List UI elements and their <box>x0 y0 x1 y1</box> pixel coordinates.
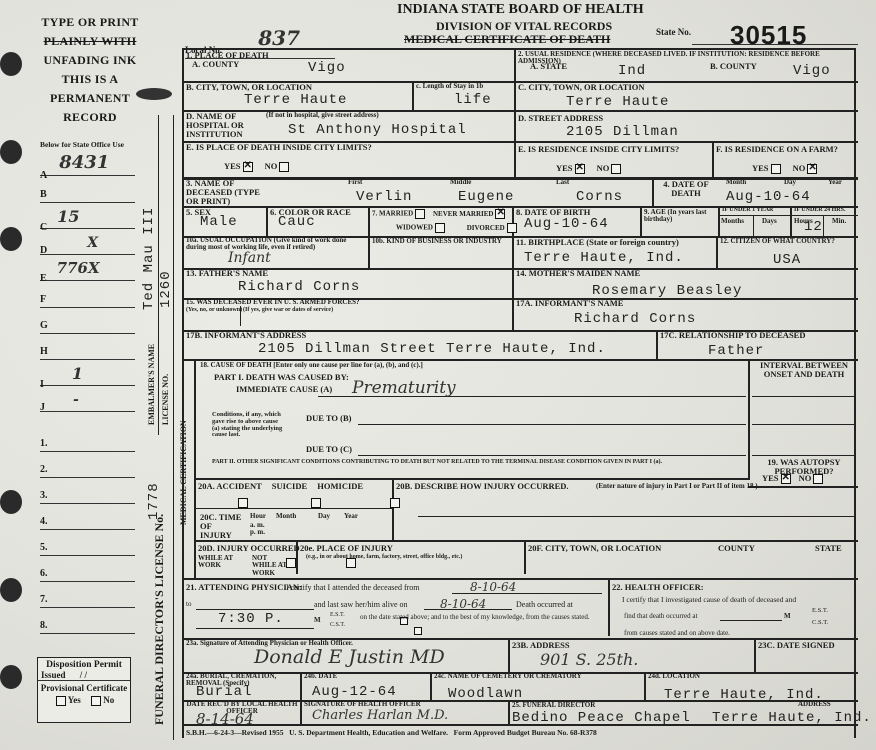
ampm-label: a. m. p. m. <box>250 522 270 537</box>
death-city-limits-label: e. IS PLACE OF DEATH INSIDE CITY LIMITS? <box>186 143 372 152</box>
suicide-label: SUICIDE <box>272 481 307 491</box>
disposition-title: Disposition Permit <box>38 660 130 670</box>
license-label: LICENSE No. <box>162 374 170 425</box>
residence-city-limits-yes-checkbox[interactable] <box>575 164 585 174</box>
county-label: a. COUNTY <box>192 60 239 69</box>
part1-label: PART I. DEATH WAS CAUSED BY: <box>214 373 349 382</box>
attended-from-value: 8-10-64 <box>470 580 516 594</box>
residence-city-limits-options: YES NO <box>556 164 621 174</box>
never-married-checkbox[interactable] <box>495 209 505 219</box>
no-label: NO <box>597 163 610 173</box>
provisional-label: Provisional Certificate <box>38 683 130 694</box>
state-no-value: 30515 <box>730 20 807 51</box>
divider <box>752 424 856 425</box>
time-of-injury-label: 20c. TIME OF INJURY <box>200 513 244 540</box>
yes-label: YES <box>752 163 769 173</box>
health-officer-text1: I certify that I investigated cause of d… <box>622 596 796 604</box>
divider <box>712 141 714 178</box>
length-of-stay-label: c. Length of Stay in 1b <box>416 83 483 90</box>
hospital-hint: (If not in hospital, give street address… <box>266 112 379 119</box>
conditions-label: Conditions, if any, which gave rise to a… <box>212 412 284 439</box>
divider <box>194 540 858 542</box>
divider <box>182 578 858 580</box>
age-label: 9. AGE (In years last birthday) <box>644 209 716 224</box>
date-of-death-value: Aug-10-64 <box>726 189 811 205</box>
divider <box>430 672 432 700</box>
divider <box>194 359 196 579</box>
state-office-num-row: 2. <box>40 464 135 478</box>
while-at-work-label: WHILE AT WORK <box>198 555 242 570</box>
residence-state-value: Ind <box>618 63 646 79</box>
punch-hole <box>0 140 22 164</box>
place-of-injury-hint: (e.g., in or about home, farm, factory, … <box>306 554 520 560</box>
punch-hole <box>0 52 22 76</box>
injury-day-label: Day <box>318 513 330 520</box>
last-name-label: Last <box>556 179 569 186</box>
residence-county-label: b. COUNTY <box>710 62 757 71</box>
divider <box>752 455 856 456</box>
divider <box>754 638 756 672</box>
embalmer-label: EMBALMER'S NAME <box>148 344 156 425</box>
divorced-checkbox[interactable] <box>507 223 517 233</box>
embalmer-name: Ted Mau III <box>141 207 157 310</box>
part2-label: PART II. OTHER SIGNIFICANT CONDITIONS CO… <box>212 459 662 465</box>
state-office-row-b: B <box>40 189 135 203</box>
marital-row-1: 7. MARRIED NEVER MARRIED <box>372 209 505 219</box>
divider <box>300 672 302 724</box>
widowed-checkbox[interactable] <box>435 223 445 233</box>
state-office-num-row: 5. <box>40 542 135 556</box>
homicide-label: HOMICIDE <box>317 481 363 491</box>
street-address-value: 2105 Dillman <box>566 124 679 140</box>
farm-yes-checkbox[interactable] <box>771 164 781 174</box>
min-label: Min. <box>832 218 846 225</box>
funeral-license-no: 1778 <box>146 482 162 520</box>
armed-forces-hint-1: (Yes, no, or unknown) <box>186 307 242 313</box>
date-signed-label: 23c. DATE SIGNED <box>758 641 835 650</box>
divider <box>182 724 858 726</box>
informant-address-value: 2105 Dillman Street Terre Haute, Ind. <box>258 341 606 357</box>
yes-label: Yes <box>68 695 81 705</box>
describe-injury-label: 20b. DESCRIBE HOW INJURY OCCURRED. <box>396 482 569 491</box>
citizen-label: 12. CITIZEN OF WHAT COUNTRY? <box>720 238 835 245</box>
last-saw-value: 8-10-64 <box>440 597 486 611</box>
accident-label: 20a. ACCIDENT <box>198 481 262 491</box>
injury-type-labels: 20a. ACCIDENT SUICIDE HOMICIDE <box>198 482 363 491</box>
to-label: to <box>186 601 191 608</box>
embalmer-license: 1260 <box>158 270 174 308</box>
state-office-row-d: DX <box>40 241 135 255</box>
instruction-line: UNFADING INK <box>40 53 140 68</box>
state-no-label: State No. <box>656 28 691 37</box>
injury-city-label: 20f. CITY, TOWN, OR LOCATION <box>528 544 661 553</box>
under-1-year-label: IF UNDER 1 YEAR <box>722 207 773 213</box>
homicide-checkbox[interactable] <box>390 498 400 508</box>
union-label-icon <box>136 88 172 100</box>
death-city-limits-yes-checkbox[interactable] <box>243 162 253 172</box>
occupation-value: Infant <box>228 250 271 266</box>
divider <box>194 508 392 509</box>
divider <box>368 236 370 268</box>
mother-label: 14. MOTHER'S MAIDEN NAME <box>516 269 640 278</box>
injury-year-label: Year <box>344 513 358 520</box>
death-city-value: Terre Haute <box>244 92 347 108</box>
last-name-value: Corns <box>576 189 623 205</box>
divider <box>266 206 268 236</box>
divider <box>524 540 526 574</box>
no-label: NO <box>799 473 812 483</box>
divider <box>752 396 856 397</box>
physician-cst-checkbox[interactable] <box>414 627 422 635</box>
burial-value: Burial <box>196 684 252 700</box>
punch-hole <box>0 227 22 251</box>
divider <box>656 330 658 359</box>
divider <box>790 206 792 236</box>
relationship-label: 17c. RELATIONSHIP TO DECEASED <box>660 331 805 340</box>
residence-city-value: Terre Haute <box>566 94 669 110</box>
farm-label: f. IS RESIDENCE ON A FARM? <box>716 145 838 154</box>
mother-value: Rosemary Beasley <box>592 283 742 299</box>
funeral-license-label: FUNERAL DIRECTOR'S LICENSE No. <box>152 514 167 725</box>
under-24-hrs-label: IF UNDER 24 HRS. <box>794 207 845 213</box>
divider <box>173 115 174 740</box>
form-footer: S.B.H.—6-24-3—Revised 1955 U. S. Departm… <box>186 728 597 737</box>
divider <box>718 215 858 216</box>
armed-forces-hint-2: (If yes, give war or dates of service) <box>243 307 333 313</box>
issued-value: / / <box>80 670 87 680</box>
citizen-value: USA <box>773 252 801 268</box>
instruction-line: TYPE OR PRINT <box>40 15 140 30</box>
street-address-label: d. STREET ADDRESS <box>518 114 603 123</box>
yes-label: YES <box>556 163 573 173</box>
funeral-director-label: 25. FUNERAL DIRECTOR <box>512 702 595 709</box>
autopsy-no-checkbox[interactable] <box>813 474 823 484</box>
issued-label: Issued <box>41 670 66 680</box>
injury-month-label: Month <box>276 513 296 520</box>
describe-injury-hint: (Enter nature of injury in Part I or Par… <box>596 483 758 490</box>
funeral-address-label: ADDRESS <box>798 701 831 708</box>
divider <box>418 516 856 517</box>
length-of-stay-value: life <box>454 92 492 108</box>
death-county-value: Vigo <box>308 60 346 76</box>
instruction-line: PLAINLY WITH <box>40 34 140 49</box>
state-office-row-g: G <box>40 320 135 334</box>
place-of-injury-label: 20e. PLACE OF INJURY <box>300 544 393 553</box>
instruction-line: PERMANENT <box>40 91 140 106</box>
death-city-limits-no-checkbox[interactable] <box>279 162 289 172</box>
no-label: NO <box>265 161 278 171</box>
divider <box>358 455 746 456</box>
death-certificate: TYPE OR PRINT PLAINLY WITH UNFADING INK … <box>0 0 876 750</box>
divider <box>748 486 858 488</box>
hours-value: 12 <box>804 219 823 235</box>
state-office-row-h: H <box>40 346 135 360</box>
relationship-value: Father <box>708 343 764 359</box>
autopsy-yes-checkbox[interactable] <box>781 474 791 484</box>
hour-label: Hour <box>250 513 266 520</box>
divider <box>196 609 314 610</box>
yes-label: YES <box>224 161 241 171</box>
state-office-row-i: I1 <box>40 372 135 386</box>
state-office-label: Below for State Office Use <box>40 140 124 149</box>
informant-value: Richard Corns <box>574 311 696 327</box>
ho-est-label: E.S.T. <box>812 608 828 615</box>
state-office-row-j: J- <box>40 398 135 412</box>
divider <box>716 236 718 268</box>
state-office-row-e: E776X <box>40 267 135 281</box>
residence-city-limits-no-checkbox[interactable] <box>611 164 621 174</box>
health-officer-text2: find that death occurred at <box>624 613 697 620</box>
divider <box>392 478 394 540</box>
business-label: 10b. KIND OF BUSINESS OR INDUSTRY <box>372 238 502 245</box>
punch-hole <box>0 665 22 689</box>
disposition-permit-box: Disposition Permit Issued / / Provisiona… <box>37 657 131 723</box>
farm-options: YES NO <box>752 164 817 174</box>
state-office-num-row: 3. <box>40 490 135 504</box>
physician-label: 21. ATTENDING PHYSICIAN: <box>186 583 302 592</box>
day-label: Day <box>784 179 796 186</box>
deceased-name-label: 3. NAME OF DECEASED (Type or print) <box>186 179 266 206</box>
state-office-num-row: 6. <box>40 568 135 582</box>
interval-label: INTERVAL BETWEEN ONSET AND DEATH <box>752 361 856 379</box>
married-label: 7. MARRIED <box>372 210 413 218</box>
farm-no-checkbox[interactable] <box>807 164 817 174</box>
physician-address-label: 23b. ADDRESS <box>512 641 570 650</box>
first-name-value: Verlin <box>356 189 412 205</box>
divider <box>748 359 750 479</box>
divider <box>412 81 414 110</box>
month-label: Month <box>726 179 746 186</box>
race-value: Cauc <box>278 214 316 230</box>
father-value: Richard Corns <box>238 279 360 295</box>
divider <box>753 215 754 236</box>
physician-statement: on the date stated above; and to the bes… <box>360 614 606 621</box>
autopsy-options: YES NO <box>762 474 823 484</box>
burial-location-label: 24d. LOCATION <box>648 673 700 680</box>
injury-state-label: STATE <box>815 544 842 553</box>
birth-date-value: Aug-10-64 <box>524 216 609 232</box>
residence-county-value: Vigo <box>793 63 831 79</box>
divider <box>182 177 858 180</box>
married-checkbox[interactable] <box>415 209 425 219</box>
suicide-checkbox[interactable] <box>311 498 321 508</box>
divider <box>512 236 514 268</box>
date-of-death-label: 4. DATE OF DEATH <box>658 180 714 198</box>
instruction-line: THIS IS A <box>40 72 140 87</box>
accident-checkbox[interactable] <box>238 498 248 508</box>
first-name-label: First <box>348 179 362 186</box>
due-to-b-label: DUE TO (b) <box>306 414 352 423</box>
physician-address-value: 901 S. 25th. <box>540 650 638 669</box>
punch-hole <box>0 490 22 514</box>
state-office-num-row: 7. <box>40 594 135 608</box>
birthplace-value: Terre Haute, Ind. <box>524 250 684 266</box>
hospital-value: St Anthony Hospital <box>288 122 467 138</box>
local-no-value: 837 <box>258 26 300 50</box>
divider <box>640 206 642 236</box>
state-office-row-c: C15 <box>40 215 135 229</box>
due-to-c-label: DUE TO (c) <box>306 445 352 454</box>
health-officer-signature: Charles Harlan M.D. <box>312 708 448 723</box>
not-while-at-work-label: NOT WHILE AT WORK <box>252 555 292 577</box>
ho-cst-label: C.S.T. <box>812 620 828 627</box>
middle-name-value: Eugene <box>458 189 514 205</box>
marital-row-2: WIDOWED DIVORCED <box>396 223 517 233</box>
year-label: Year <box>828 179 842 186</box>
divider <box>652 178 654 206</box>
attended-text: I certify that I attended the deceased f… <box>286 584 420 592</box>
divider <box>514 48 516 178</box>
months-label: Months <box>721 218 744 225</box>
ho-m-label: M <box>784 613 791 620</box>
no-label: No <box>103 695 114 705</box>
divider <box>718 206 720 236</box>
residence-state-label: a. STATE <box>530 62 567 71</box>
injury-occurred-label: 20d. INJURY OCCURRED <box>198 544 300 553</box>
days-label: Days <box>762 218 777 225</box>
immediate-cause-label: IMMEDIATE CAUSE (a) <box>236 385 332 394</box>
informant-address-label: 17b. INFORMANT'S ADDRESS <box>186 331 306 340</box>
agency-title: INDIANA STATE BOARD OF HEALTH <box>397 2 644 18</box>
death-time-value: 7:30 P. <box>218 611 284 627</box>
cemetery-label: 24c. NAME OF CEMETERY OR CREMATORY <box>434 673 582 680</box>
divider <box>194 478 750 480</box>
last-saw-text: and last saw her/him alive on <box>314 601 408 609</box>
residence-city-limits-label: e. IS RESIDENCE INSIDE CITY LIMITS? <box>518 145 679 154</box>
yes-label: YES <box>762 473 779 483</box>
health-officer-text3: from causes stated and on above date. <box>624 630 730 637</box>
widowed-label: WIDOWED <box>396 224 433 232</box>
form-title: MEDICAL CERTIFICATE OF DEATH <box>404 32 610 47</box>
state-office-num-row: 4. <box>40 516 135 530</box>
immediate-cause-value: Prematurity <box>352 378 456 398</box>
hospital-label: d. NAME OF HOSPITAL OR INSTITUTION <box>186 112 252 139</box>
armed-forces-label: 15. WAS DECEASED EVER IN U. S. ARMED FOR… <box>186 299 360 306</box>
divider <box>823 215 824 236</box>
sex-value: Male <box>200 214 238 230</box>
divider <box>720 620 782 621</box>
state-office-row-f: F <box>40 294 135 308</box>
est-label: E.S.T. <box>330 612 345 618</box>
divider <box>508 638 510 672</box>
state-office-num-row: 8. <box>40 620 135 634</box>
divider <box>196 628 314 629</box>
physician-signature: Donald E Justin MD <box>254 646 445 668</box>
instruction-line: RECORD <box>40 110 140 125</box>
divider <box>368 206 370 236</box>
divider <box>358 424 746 425</box>
state-office-row-a: A8431 <box>40 162 135 176</box>
cause-section-label: 18. CAUSE OF DEATH [Enter only one cause… <box>200 362 423 369</box>
no-label: NO <box>793 163 806 173</box>
divider <box>508 700 510 724</box>
father-label: 13. FATHER'S NAME <box>186 269 268 278</box>
m-label: M <box>314 617 321 624</box>
state-office-num-row: 1. <box>40 438 135 452</box>
health-officer-label: 22. HEALTH OFFICER: <box>612 583 704 592</box>
divider <box>644 672 646 700</box>
informant-label: 17a. INFORMANT'S NAME <box>516 299 623 308</box>
injury-county-label: COUNTY <box>718 544 755 553</box>
divider <box>608 578 610 636</box>
burial-date-value: Aug-12-64 <box>312 684 397 700</box>
middle-name-label: Middle <box>450 179 471 186</box>
divorced-label: DIVORCED <box>467 224 505 232</box>
provisional-no-checkbox[interactable] <box>91 696 101 706</box>
provisional-yes-checkbox[interactable] <box>56 696 66 706</box>
cst-label: C.S.T. <box>330 622 345 628</box>
punch-hole <box>0 578 22 602</box>
never-married-label: NEVER MARRIED <box>433 210 493 218</box>
death-city-label: b. CITY, TOWN, OR LOCATION <box>186 83 312 92</box>
death-occurred-text: Death occurred at <box>516 601 573 609</box>
death-city-limits-options: YES NO <box>224 162 289 172</box>
residence-city-label: c. CITY, TOWN, OR LOCATION <box>518 83 645 92</box>
burial-date-label: 24b. DATE <box>304 673 337 680</box>
occupation-label: 10a. USUAL OCCUPATION (Give kind of work… <box>186 237 366 252</box>
birthplace-label: 11. BIRTHPLACE (State or foreign country… <box>516 238 679 247</box>
